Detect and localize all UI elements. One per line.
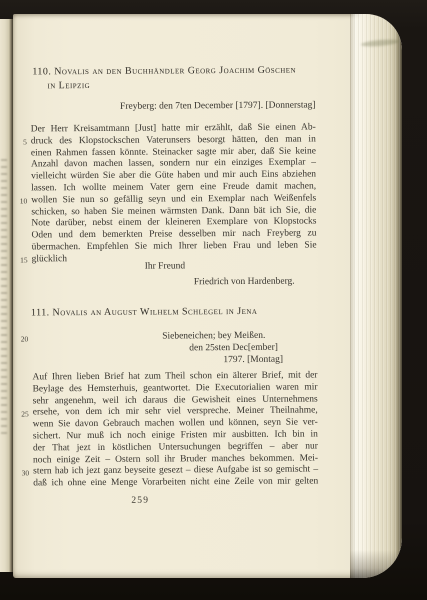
date-line-text: 1797. [Montag] <box>223 354 283 364</box>
margin-line-number: 5 <box>15 138 27 147</box>
page-content: 110. Novalis an den Buchhändler Georg Jo… <box>13 14 402 578</box>
body-line-text: daß ich ohne eine Menge Vorarbeiten nich… <box>33 477 318 491</box>
margin-line-number: 30 <box>17 468 29 477</box>
letter-110-section: 110. Novalis an den Buchhändler Georg Jo… <box>13 14 402 15</box>
date-line-text: Siebeneichen; bey Meißen. <box>162 331 265 342</box>
date-line: 1797. [Montag] <box>32 354 332 368</box>
margin-line-number: 15 <box>16 256 28 265</box>
letter-110-signature: Friedrich von Hardenberg. <box>194 277 295 290</box>
page-number: 259 <box>131 496 149 508</box>
letter-111-date-block: 20 Siebeneichen; bey Meißen. den 25sten … <box>32 330 332 367</box>
facing-page-edge <box>0 19 13 572</box>
margin-line-number: 10 <box>15 197 27 206</box>
date-line-text: den 25sten Dec[ember] <box>189 343 278 354</box>
body-line: daß ich ohne eine Menge Vorarbeiten nich… <box>33 477 318 491</box>
letter-111-heading: 111. Novalis an August Wilhelm Schlegel … <box>31 306 257 319</box>
page-stack-fore-edge <box>350 14 402 578</box>
letter-111-body: Auf Ihren lieben Brief hat zum Theil sch… <box>32 370 318 490</box>
margin-line-number: 20 <box>16 334 28 343</box>
letter-110-dateline: Freyberg: den 7ten December [1797]. [Don… <box>31 100 316 114</box>
letter-110-closing-salutation: Ihr Freund <box>145 261 185 273</box>
letter-110-heading-line1: 110. Novalis an den Buchhändler Georg Jo… <box>32 65 296 79</box>
letter-110-heading-line2: in Leipzig <box>47 80 90 92</box>
letter-110-body: Der Herr Kreisamtmann [Just] hatte mir e… <box>31 122 317 266</box>
scanned-book-photo: 110. Novalis an den Buchhändler Georg Jo… <box>0 0 427 600</box>
book-page: 110. Novalis an den Buchhändler Georg Jo… <box>13 14 402 578</box>
letter-111-section: 111. Novalis an August Wilhelm Schlegel … <box>13 14 402 15</box>
margin-line-number: 25 <box>17 409 29 418</box>
